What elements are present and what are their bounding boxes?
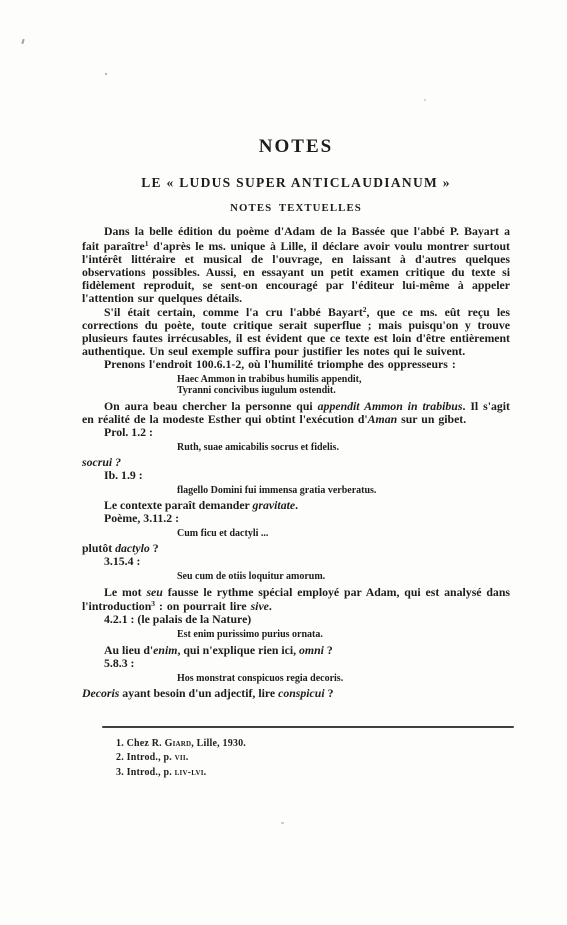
verse-line: Ruth, suae amicabilis socrus et fidelis. [177,442,510,453]
verse-line: flagello Domini fui immensa gratia verbe… [177,485,510,496]
text-run: liv-lvi [175,767,204,778]
content-blocks: Dans la belle édition du poème d'Adam de… [82,225,510,700]
quote-verse: Ruth, suae amicabilis socrus et fidelis. [82,442,510,453]
marginal-note: plutôt dactylo ? [82,542,510,555]
emphasis-text: Decoris [82,686,119,700]
text-run: 2. Introd., p. [116,752,175,763]
verse-line: Haec Ammon in trabibus humilis appendit, [177,374,510,385]
quote-verse: Est enim purissimo purius ornata. [82,629,510,640]
verse-line: Hos monstrat conspicuos regia decoris. [177,673,510,684]
page-title: NOTES [82,137,510,157]
text-run: Giard [165,738,192,749]
footnote: 2. Introd., p. vii. [116,751,510,766]
marginal-note: Decoris ayant besoin d'un adjectif, lire… [82,687,510,700]
scanned-document-page: NOTES LE « LUDUS SUPER ANTICLAUDIANUM » … [0,0,567,925]
footnote: 3. Introd., p. liv-lvi. [116,766,510,781]
paragraph: Prenons l'endroit 100.6.1-2, où l'humili… [82,358,510,371]
paragraph: S'il était certain, comme l'a cru l'abbé… [82,304,510,358]
text-run: 3.15.4 : [104,554,140,568]
indented-line: 5.8.3 : [82,657,510,670]
text-run: sur un gibet. [397,412,466,426]
footnote-area: 1. Chez R. Giard, Lille, 1930.2. Introd.… [82,726,510,781]
text-run: , qui n'explique rien ici, [177,643,299,657]
text-run: Au lieu d' [104,643,153,657]
marginal-note: socrui ? [82,456,510,469]
text-run: . [186,752,189,763]
footnote-rule [102,726,514,728]
emphasis-text: gravitate [253,498,296,512]
indented-line: Ib. 1.9 : [82,469,510,482]
text-run: 5.8.3 : [104,656,134,670]
text-run: Poème, 3.11.2 : [104,511,179,525]
paragraph: Dans la belle édition du poème d'Adam de… [82,225,510,304]
text-run: . [295,498,298,512]
text-run: 4.2.1 : (le palais de la Nature) [104,612,251,626]
text-run: ? [324,643,333,657]
text-run: Prenons l'endroit 100.6.1-2, où l'humili… [104,357,456,371]
text-run: Le mot [104,585,146,599]
emphasis-text: enim [153,643,177,657]
text-run: 3. Introd., p. [116,767,175,778]
indented-line: Prol. 1.2 : [82,426,510,439]
quote-verse: Seu cum de otiis loquitur amorum. [82,571,510,582]
quote-verse: Hos monstrat conspicuos regia decoris. [82,673,510,684]
footnote-list: 1. Chez R. Giard, Lille, 1930.2. Introd.… [82,737,510,781]
emphasis-text: dactylo [115,541,150,555]
text-run: Prol. 1.2 : [104,425,153,439]
paragraph: On aura beau chercher la personne qui ap… [82,400,510,426]
text-run: ayant besoin d'un adjectif, lire [119,686,278,700]
text-run: Le contexte paraît demander [104,498,253,512]
emphasis-text: conspicui [278,686,325,700]
emphasis-text: omni [299,643,324,657]
text-run: , Lille, 1930. [191,738,246,749]
scan-speck [424,99,426,101]
quote-verse: flagello Domini fui immensa gratia verbe… [82,485,510,496]
text-run: ? [325,686,334,700]
verse-line: Tyranni concivibus iugulum ostendit. [177,385,510,396]
quote-verse: Cum ficu et dactyli ... [82,528,510,539]
emphasis-text: sive [251,599,269,613]
text-run: : on pourrait lire [155,599,251,613]
footnote: 1. Chez R. Giard, Lille, 1930. [116,737,510,752]
quote-verse: Haec Ammon in trabibus humilis appendit,… [82,374,510,397]
text-run: plutôt [82,541,115,555]
indented-line: 3.15.4 : [82,555,510,568]
text-run: 1. Chez R. [116,738,165,749]
text-run: On aura beau chercher la personne qui [104,399,318,413]
scan-speck [281,822,284,824]
section-title: NOTES TEXTUELLES [82,202,510,214]
verse-line: Est enim purissimo purius ornata. [177,629,510,640]
text-run: vii [175,752,186,763]
text-run: Ib. 1.9 : [104,468,143,482]
text-run: S'il était certain, comme l'a cru l'abbé… [104,305,363,319]
scan-speck [21,39,24,44]
verse-line: Cum ficu et dactyli ... [177,528,510,539]
emphasis-text: Aman [368,412,398,426]
emphasis-text: seu [146,585,162,599]
emphasis-text: appendit Ammon in trabibus [318,399,463,413]
text-run: ? [150,541,159,555]
emphasis-text: socrui ? [82,455,121,469]
indented-line: 4.2.1 : (le palais de la Nature) [82,613,510,626]
scan-speck [105,73,107,75]
page-header: NOTES LE « LUDUS SUPER ANTICLAUDIANUM » … [82,137,510,214]
text-run: . [269,599,272,613]
work-title: LE « LUDUS SUPER ANTICLAUDIANUM » [82,176,510,190]
indented-line: Poème, 3.11.2 : [82,512,510,525]
paragraph: Le mot seu fausse le rythme spécial empl… [82,586,510,614]
text-run: d'après le ms. unique à Lille, il déclar… [82,239,510,305]
indented-line: Au lieu d'enim, qui n'explique rien ici,… [82,644,510,657]
text-run: . [204,767,207,778]
verse-line: Seu cum de otiis loquitur amorum. [177,571,510,582]
